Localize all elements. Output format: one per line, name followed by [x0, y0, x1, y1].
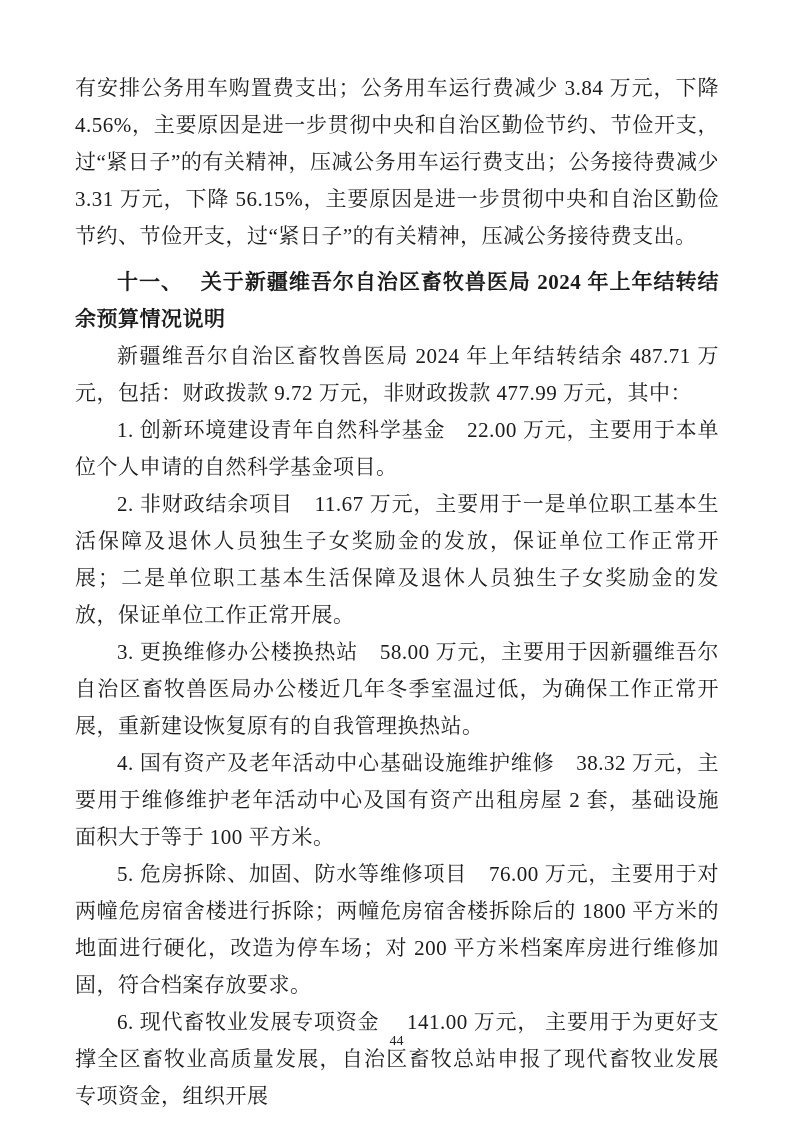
paragraph-item-1-science-fund: 1. 创新环境建设青年自然科学基金 22.00 万元，主要用于本单位个人申请的自… [75, 412, 719, 486]
paragraph-item-3-heat-exchange-station: 3. 更换维修办公楼换热站 58.00 万元，主要用于因新疆维吾尔自治区畜牧兽医… [75, 634, 719, 745]
paragraph-carryover-summary: 新疆维吾尔自治区畜牧兽医局 2024 年上年结转结余 487.71 万元，包括：… [75, 338, 719, 412]
paragraph-item-4-state-assets-maintenance: 4. 国有资产及老年活动中心基础设施维护维修 38.32 万元，主要用于维修维护… [75, 745, 719, 856]
document-body: 有安排公务用车购置费支出；公务用车运行费减少 3.84 万元，下降 4.56%，… [75, 70, 719, 1115]
paragraph-vehicle-reception-expense: 有安排公务用车购置费支出；公务用车运行费减少 3.84 万元，下降 4.56%，… [75, 70, 719, 255]
paragraph-item-5-dangerous-building: 5. 危房拆除、加固、防水等维修项目 76.00 万元，主要用于对两幢危房宿舍楼… [75, 856, 719, 1004]
page-number: 44 [390, 1034, 404, 1049]
paragraph-item-2-nonfiscal-balance: 2. 非财政结余项目 11.67 万元，主要用于一是单位职工基本生活保障及退休人… [75, 486, 719, 634]
document-page: 有安排公务用车购置费支出；公务用车运行费减少 3.84 万元，下降 4.56%，… [0, 0, 793, 1122]
page-footer: 44 [0, 1032, 793, 1050]
section-heading-eleven: 十一、 关于新疆维吾尔自治区畜牧兽医局 2024 年上年结转结余预算情况说明 [75, 264, 719, 338]
paragraph-item-6-modern-husbandry-fund: 6. 现代畜牧业发展专项资金 141.00 万元， 主要用于为更好支撑全区畜牧业… [75, 1004, 719, 1115]
